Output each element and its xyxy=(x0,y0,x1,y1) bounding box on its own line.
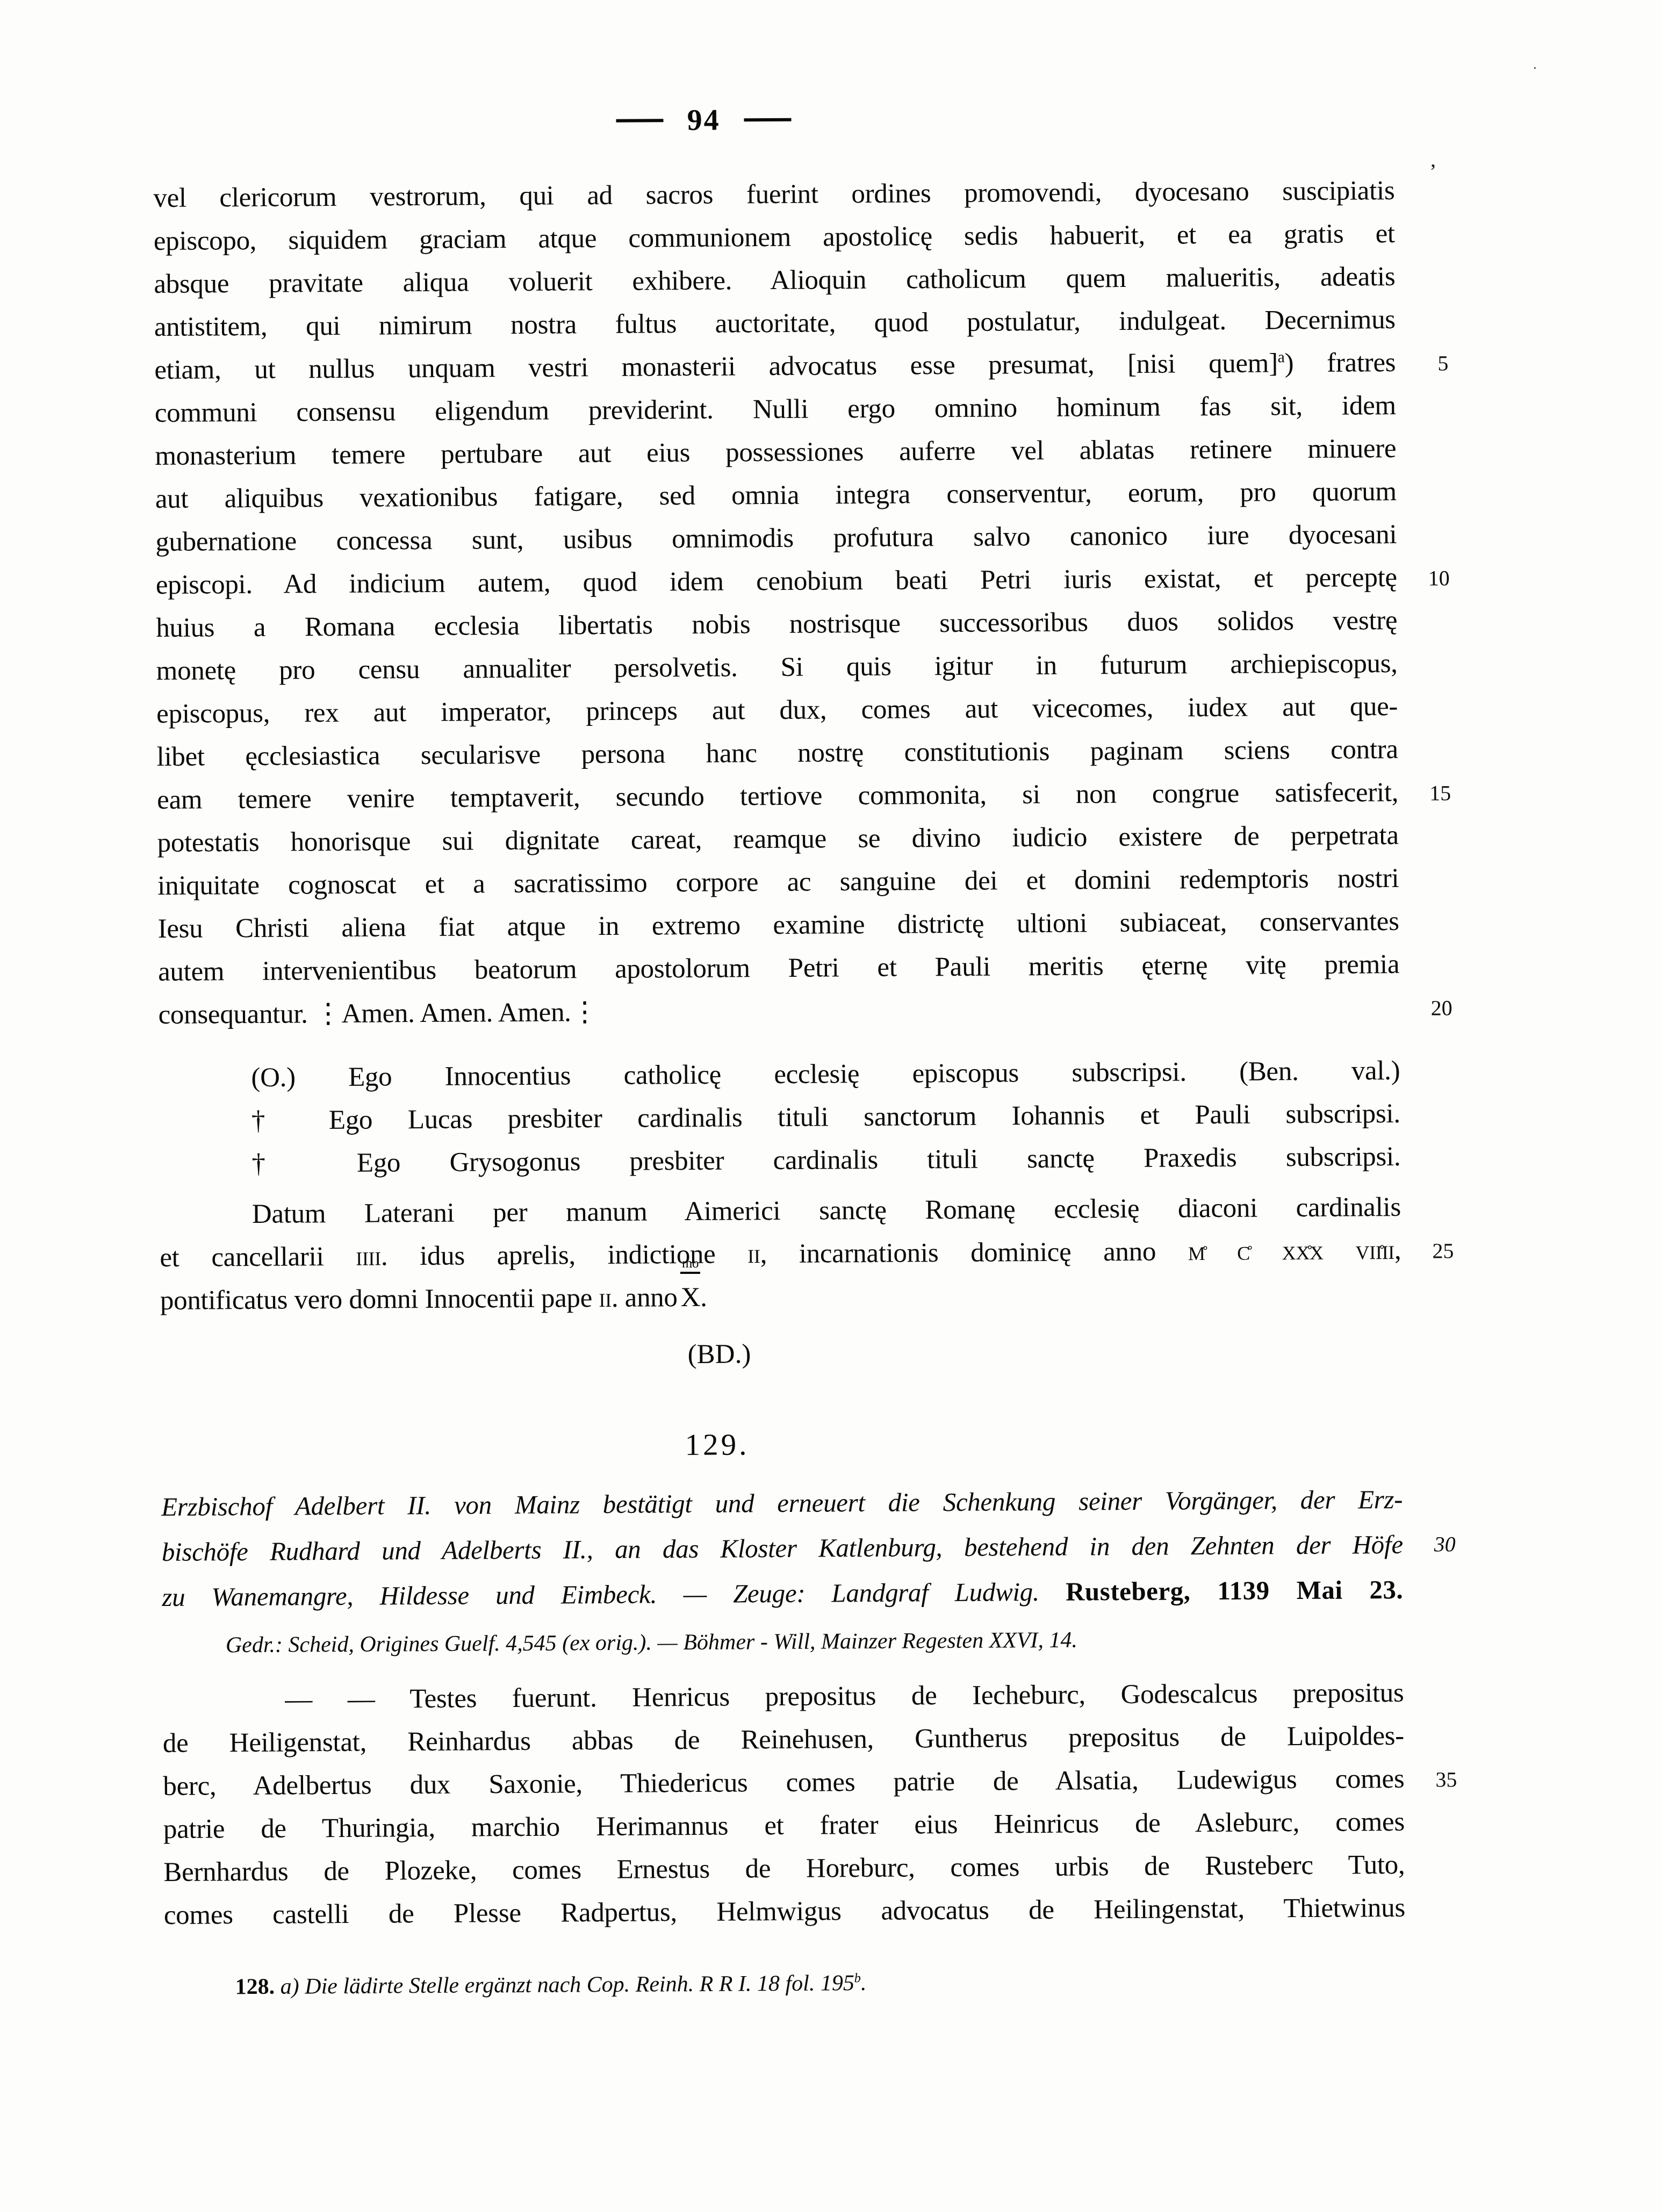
numeral-x: X xyxy=(680,1282,700,1313)
roman-numeral: iiii. xyxy=(356,1241,388,1271)
datum-text: , incarnationis dominicę anno xyxy=(760,1236,1188,1269)
testes-line: patrie de Thuringia, marchio Herimannus … xyxy=(163,1800,1405,1851)
subscription-cardinal-lucas: † Ego Lucas presbiter cardinalis tituli … xyxy=(159,1092,1400,1143)
anno-decimo-abbreviation: moX xyxy=(680,1276,700,1319)
page-number: 94 xyxy=(687,102,720,139)
datum-text: anno xyxy=(618,1282,678,1313)
charter-129-number-text: 129. xyxy=(685,1423,749,1467)
charter-128-body: vel clericorum vestrorum, qui ad sacros … xyxy=(153,169,1400,1036)
body-line: monasterium temere pertubare aut eius po… xyxy=(155,427,1396,478)
body-line-text: etiam, ut nullus unquam vestri monasteri… xyxy=(154,348,1278,385)
margin-line-number: 25 xyxy=(1432,1228,1454,1273)
body-line: episcopi. Ad indicium autem, quod idem c… xyxy=(156,556,1397,607)
margin-line-number: 10 xyxy=(1428,556,1450,601)
body-line: episcopus, rex aut imperator, princeps a… xyxy=(156,685,1398,736)
body-line: Iesu Christi aliena fiat atque in extrem… xyxy=(157,900,1399,950)
summary-line: Erzbischof Adelbert II. von Mainz bestät… xyxy=(161,1477,1403,1530)
margin-line-number: 15 xyxy=(1429,770,1451,816)
footnote-marker-a: a xyxy=(1278,349,1285,366)
charter-129-testes: — — Testes fuerunt. Henricus prepositus … xyxy=(162,1671,1405,1937)
margin-line-number: 20 xyxy=(1430,985,1453,1031)
body-line-text: consequantur. ⋮Amen. Amen. Amen.⋮ xyxy=(159,997,599,1030)
testes-line: comes castelli de Plesse Radpertus, Helm… xyxy=(164,1886,1405,1937)
datum-text: pontificatus vero domni Innocentii pape xyxy=(160,1283,599,1316)
testes-line: — — Testes fuerunt. Henricus prepositus … xyxy=(162,1671,1404,1722)
datum-clause: Datum Laterani per manum Aimerici sanctę… xyxy=(160,1186,1401,1322)
footnote-text: a) Die lädirte Stelle ergänzt nach Cop. … xyxy=(275,1971,854,1999)
signature-bd-text: (BD.) xyxy=(688,1332,751,1376)
subscription-lines: (O.) Ego Innocentius catholicę ecclesię … xyxy=(159,1049,1400,1186)
testes-text: berc, Adelbertus dux Saxonie, Thiedericu… xyxy=(163,1764,1404,1802)
datum-line: Datum Laterani per manum Aimerici sanctę… xyxy=(160,1186,1401,1236)
subscription-cardinal-grysogonus: † Ego Grysogonus presbiter cardinalis ti… xyxy=(159,1135,1400,1186)
summary-line-date: zu Wanemangre, Hildesse und Eimbeck. — Z… xyxy=(162,1567,1403,1620)
scanned-book-page: ’ · 94 vel clericorum vestrorum, qui ad … xyxy=(0,0,1661,2212)
place-date: Rusteberg, 1139 Mai 23. xyxy=(1066,1575,1403,1606)
subscription-pope: (O.) Ego Innocentius catholicę ecclesię … xyxy=(159,1049,1400,1100)
body-line: monetę pro censu annualiter persolvetis.… xyxy=(156,642,1398,693)
scan-speck: ’ xyxy=(1429,158,1436,184)
header-rule-left xyxy=(616,119,664,123)
footnote-charter-ref: 128. xyxy=(235,1975,275,1999)
body-line: communi consensu eligendum previderint. … xyxy=(155,384,1396,435)
testes-line: de Heiligenstat, Reinhardus abbas de Rei… xyxy=(163,1714,1404,1765)
datum-line: pontificatus vero domni Innocentii pape … xyxy=(160,1272,1401,1322)
footnote-128a: 128. a) Die lädirte Stelle ergänzt nach … xyxy=(164,1958,1405,2009)
summary-text: bischöfe Rudhard und Adelberts II., an d… xyxy=(162,1530,1403,1567)
body-line-text: eam temere venire temptaverit, secundo t… xyxy=(157,777,1398,815)
body-line: antistitem, qui nimirum nostra fultus au… xyxy=(154,298,1396,349)
margin-line-number: 5 xyxy=(1437,341,1449,386)
printed-source-note: Gedr.: Scheid, Origines Guelf. 4,545 (ex… xyxy=(162,1617,1404,1667)
datum-text: . xyxy=(700,1282,707,1313)
datum-text: et cancellarii xyxy=(160,1242,356,1273)
footnote-superscript-b: b xyxy=(854,1971,861,1985)
summary-line: bischöfe Rudhard und Adelberts II., an d… xyxy=(162,1522,1403,1575)
summary-text: zu Wanemangre, Hildesse und Eimbeck. — Z… xyxy=(162,1577,1039,1612)
charter-129-summary: Erzbischof Adelbert II. von Mainz bestät… xyxy=(161,1477,1403,1620)
body-line: eam temere venire temptaverit, secundo t… xyxy=(157,771,1398,822)
body-line-text: ) fratres xyxy=(1284,348,1396,378)
margin-line-number: 35 xyxy=(1435,1757,1457,1802)
scan-speck: · xyxy=(1533,60,1537,76)
body-line: iniquitate cognoscat et a sacratissimo c… xyxy=(157,857,1399,907)
datum-line: et cancellarii iiii. idus aprelis, indic… xyxy=(160,1229,1401,1279)
superscript-mo: mo xyxy=(680,1257,701,1274)
body-line-amen: consequantur. ⋮Amen. Amen. Amen.⋮ 20 xyxy=(158,986,1399,1036)
roman-numeral-year: m̊ c̊ xx̊x vii̊ii, xyxy=(1188,1235,1401,1266)
testes-line: Bernhardus de Plozeke, comes Ernestus de… xyxy=(163,1843,1405,1894)
page-header: 94 xyxy=(153,97,1394,142)
roman-numeral: ii xyxy=(747,1239,760,1269)
body-line: episcopo, siquidem graciam atque communi… xyxy=(154,212,1395,263)
body-line: absque pravitate aliqua voluerit exhiber… xyxy=(154,255,1395,306)
charter-129-number: 129. xyxy=(161,1419,1402,1471)
body-line: vel clericorum vestrorum, qui ad sacros … xyxy=(153,169,1394,220)
text-column: 94 vel clericorum vestrorum, qui ad sacr… xyxy=(152,0,1406,2009)
body-line: huius a Romana ecclesia libertatis nobis… xyxy=(156,599,1397,650)
margin-line-number: 30 xyxy=(1434,1522,1456,1567)
roman-numeral: ii. xyxy=(599,1283,618,1313)
body-line: potestatis honorisque sui dignitate care… xyxy=(157,814,1398,864)
header-rule-right xyxy=(744,118,792,122)
signature-bd: (BD.) xyxy=(160,1329,1401,1379)
footnote-text-end: . xyxy=(861,1971,867,1995)
body-line: gubernatione concessa sunt, usibus omnim… xyxy=(155,513,1397,564)
body-line: etiam, ut nullus unquam vestri monasteri… xyxy=(154,341,1396,392)
testes-line: berc, Adelbertus dux Saxonie, Thiedericu… xyxy=(163,1757,1404,1808)
body-line: autem intervenientibus beatorum apostolo… xyxy=(158,943,1399,993)
body-line: aut aliquibus vexationibus fatigare, sed… xyxy=(155,470,1397,521)
body-line: libet ęcclesiastica secularisve persona … xyxy=(157,728,1398,779)
body-line-text: episcopi. Ad indicium autem, quod idem c… xyxy=(156,563,1397,600)
